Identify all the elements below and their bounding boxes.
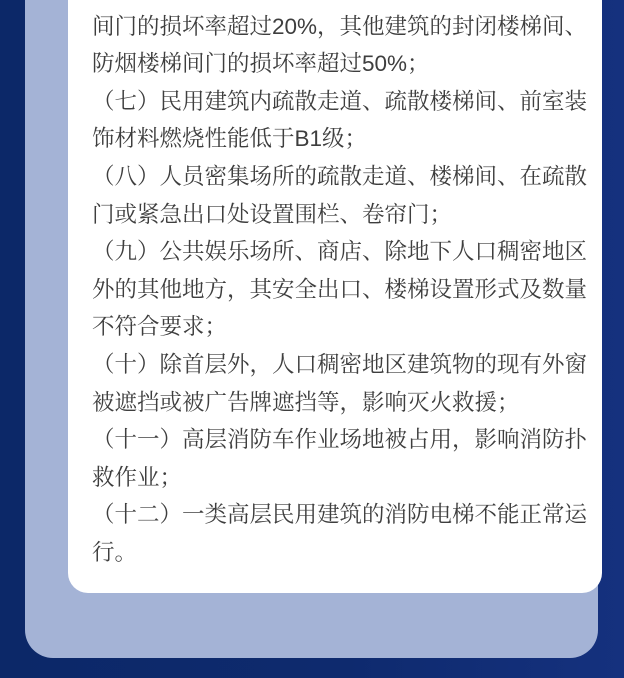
- list-item-12: （十二）一类高层民用建筑的消防电梯不能正常运行。: [92, 496, 593, 571]
- card-frame: （六）人口稠密的高层建筑的封闭楼梯、防烟楼梯间门的损坏率超过20%，其他建筑的封…: [25, 0, 598, 658]
- list-item-6: （六）人口稠密的高层建筑的封闭楼梯、防烟楼梯间门的损坏率超过20%，其他建筑的封…: [92, 0, 593, 83]
- page-background: { "page": { "background_color_left": "#0…: [0, 0, 624, 678]
- list-item-8: （八）人员密集场所的疏散走道、楼梯间、在疏散门或紧急出口处设置围栏、卷帘门；: [92, 158, 593, 233]
- list-item-7: （七）民用建筑内疏散走道、疏散楼梯间、前室装饰材料燃烧性能低于B1级；: [92, 83, 593, 158]
- regulation-list: （六）人口稠密的高层建筑的封闭楼梯、防烟楼梯间门的损坏率超过20%，其他建筑的封…: [92, 0, 593, 572]
- list-item-9: （九）公共娱乐场所、商店、除地下人口稠密地区外的其他地方，其安全出口、楼梯设置形…: [92, 233, 593, 346]
- list-item-10: （十）除首层外，人口稠密地区建筑物的现有外窗被遮挡或被广告牌遮挡等，影响灭火救援…: [92, 346, 593, 421]
- content-card: （六）人口稠密的高层建筑的封闭楼梯、防烟楼梯间门的损坏率超过20%，其他建筑的封…: [68, 0, 602, 593]
- list-item-11: （十一）高层消防车作业场地被占用，影响消防扑救作业；: [92, 421, 593, 496]
